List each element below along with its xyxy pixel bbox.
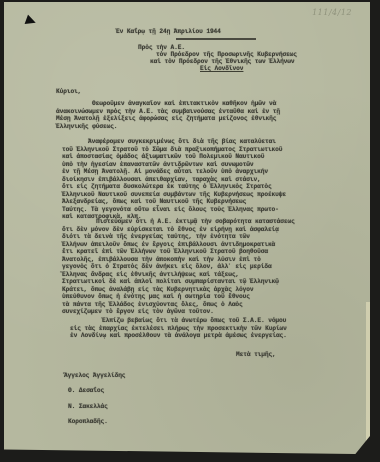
text-line: Ἀνατολῆς, ἐπιβάλλουσα τὴν ἀποκοπὴν καὶ τ… — [62, 256, 295, 264]
addressee-line-4: Εἰς Λονδῖνον — [200, 65, 243, 73]
text-line: καὶ ἀποστασίας ὁμάδος ἀξιωματικῶν τοῦ Πο… — [62, 153, 286, 161]
archive-number: 111/4/12 — [312, 8, 352, 17]
text-line: Θεωροῦμεν ἀναγκαῖον καὶ ἐπιτακτικὸν καθῆ… — [56, 100, 280, 108]
closing: Μετὰ τιμῆς, — [236, 351, 276, 359]
text-line: ὑπὸ τὴν ἡγεσίαν ἐπαναστατῶν ἀντιδρῶντων … — [62, 161, 286, 169]
paragraph-3: Πιστεύομεν ὅτι ἡ Α.Ε. ἐκτιμᾷ τὴν σοβαρότ… — [62, 218, 295, 316]
text-line: Ταύτης. Τὰ γεγονότα οὕτω εἶναι εἰς ὅλους… — [62, 206, 286, 214]
text-line: τοῦ Ἑλληνικοῦ Στρατοῦ τὸ Σῶμα διὰ πραξικ… — [62, 146, 286, 154]
text-line: Ἑλληνικοῦ Ναυτικοῦ συνεπεία συμβάντων τῆ… — [62, 191, 286, 199]
text-line: Μέσῃ Ἀνατολῇ ἐξελίξεις ἀφορώσας εἰς ζητή… — [56, 115, 280, 123]
text-line: ἔτι κρατεῖ ἐπὶ τῶν Ἑλλήνων τοῦ Ἑλληνικοῦ… — [62, 248, 295, 256]
text-line: Ἑλληνικῆς φύσεως. — [56, 123, 280, 131]
text-line: Ἀναφέρομεν συγκεκριμένως ὅτι διὰ τῆς βία… — [62, 138, 286, 146]
text-line: ὑπεύθυνον ὅπως ἡ ἐνότης μας καὶ ἡ σωτηρί… — [62, 293, 295, 301]
text-line: ἐν Λονδίνῳ καὶ προσέλθουν τὰ ἀνάλογα μετ… — [70, 332, 287, 340]
text-line: ὅτι εἰς ζητήματα δυσκολώτερα ἐκ ταύτης ὁ… — [62, 183, 286, 191]
paragraph-2: Ἀναφέρομεν συγκεκριμένως ὅτι διὰ τῆς βία… — [62, 138, 286, 221]
document-page: 111/4/12 Ἐν Καΐρῳ τῇ 24ῃ Ἀπριλίου 1944 Π… — [4, 2, 370, 454]
signatory-4: Κοροπλαδῆς. — [68, 418, 108, 426]
signatory-1: Ἄγγελος Ἀγγελίδης — [64, 372, 125, 380]
dateline: Ἐν Καΐρῳ τῇ 24ῃ Ἀπριλίου 1944 — [116, 28, 221, 36]
text-line: Πιστεύομεν ὅτι ἡ Α.Ε. ἐκτιμᾷ τὴν σοβαρότ… — [62, 218, 295, 226]
text-line: διοίκησιν ἐπιβάλλουσαι ἀπειθαρχίαν, ταρα… — [62, 176, 286, 184]
text-line: Ἀλεξανδρείας, ὅπως καὶ τοῦ Ναυτικοῦ τῆς … — [62, 198, 286, 206]
text-line: γεγονὸς ὅτι ὁ Στρατὸς δὲν ἀνήκει εἰς ὅλο… — [62, 263, 295, 271]
signatory-2: Θ. Δεσαΐος — [68, 387, 104, 395]
text-line: Ἕλληνας ἄνδρας εἰς ἐθνικῆς ἀντιλήψεως κα… — [62, 271, 295, 279]
paragraph-1: Θεωροῦμεν ἀναγκαῖον καὶ ἐπιτακτικὸν καθῆ… — [56, 100, 280, 130]
text-line: ἀνακοινώσωμεν πρὸς τὴν Α.Ε. τὰς συμβαινο… — [56, 108, 280, 116]
paragraph-4: Ἐλπίζω βεβαίως ὅτι τὰ ἀνωτέρω ὅπως τοῦ Σ… — [70, 317, 287, 340]
text-line: συνεχίζωμεν τὸ ἔργον εἰς τὸν ἀγῶνα τοῦτο… — [62, 308, 295, 316]
corner-mark — [25, 15, 38, 28]
paper-edge — [366, 302, 370, 442]
text-line: Ἑλλήνων ἀπειλοῦν ὅπως ἐν ἔργοις ἐπιβάλλο… — [62, 241, 295, 249]
text-line: διότι τὰ δεινὰ τῆς ἐνεργείας ταύτης, τὴν… — [62, 233, 295, 241]
text-line: Ἐλπίζω βεβαίως ὅτι τὰ ἀνωτέρω ὅπως τοῦ Σ… — [70, 317, 287, 325]
salutation: Κύριοι, — [56, 88, 81, 96]
text-line: Στρατιωτικοὶ δὲ καὶ ἀπλοῖ πολίται συμπαρ… — [62, 278, 295, 286]
signatory-3: Ν. Σακελλάς — [68, 403, 108, 411]
text-line: ὅτι δὲν μόνον δὲν εὑρίσκεται τὸ ἔθνος ἐν… — [62, 226, 295, 234]
dateline-underline — [176, 38, 256, 40]
text-line: εἰς τὰς ἐπαρχίας ἐκτελέσει πλήρως τὴν πρ… — [70, 325, 287, 333]
text-line: τὰ πάντα τῆς Ἑλλάδος ἐνισχύοντας ὅλες, ὅ… — [62, 301, 295, 309]
text-line: ἐν τῇ Μέσῃ Ἀνατολῇ. Αἱ μονάδες αὗται τελ… — [62, 168, 286, 176]
text-line: Κράτει, ὅπως ἀναλάβῃ εἰς τὰς Κυβερνητικὰ… — [62, 286, 295, 294]
